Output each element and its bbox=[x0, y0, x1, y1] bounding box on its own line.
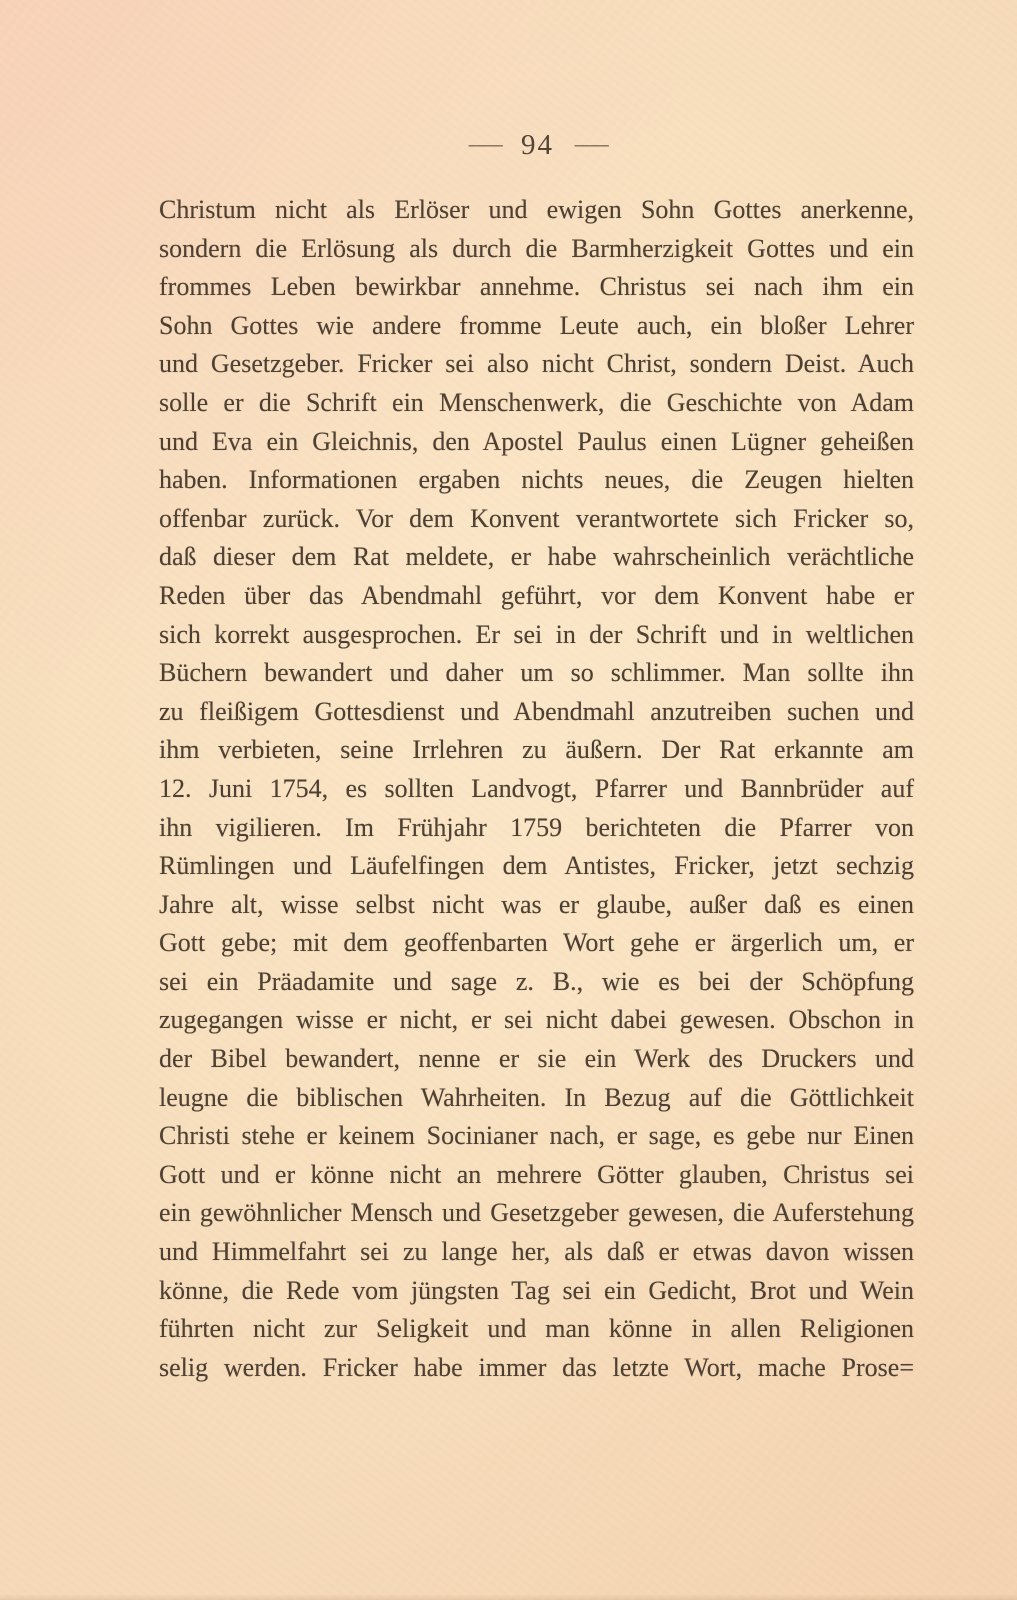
text-line: Jahre alt, wisse selbst nicht was er gla… bbox=[159, 886, 914, 925]
text-line: leugne die biblischen Wahrheiten. In Bez… bbox=[159, 1079, 914, 1118]
text-line: Christi stehe er keinem Socinianer nach,… bbox=[159, 1117, 914, 1156]
text-line: sondern die Erlösung als durch die Barmh… bbox=[159, 230, 914, 269]
text-line: und Gesetzgeber. Fricker sei also nicht … bbox=[159, 345, 914, 384]
text-line: Christum nicht als Erlöser und ewigen So… bbox=[159, 191, 914, 230]
text-line: führten nicht zur Seligkeit und man könn… bbox=[159, 1310, 914, 1349]
page-bottom-edge-shadow bbox=[0, 1594, 1017, 1600]
text-line: der Bibel bewandert, nenne er sie ein We… bbox=[159, 1040, 914, 1079]
page-header: —94— bbox=[160, 128, 915, 162]
text-line: frommes Leben bewirkbar annehme. Christu… bbox=[159, 268, 914, 307]
body-text: Christum nicht als Erlöser und ewigen So… bbox=[159, 191, 914, 1387]
text-line: haben. Informationen ergaben nichts neue… bbox=[159, 461, 914, 500]
text-line: selig werden. Fricker habe immer das let… bbox=[159, 1349, 914, 1388]
text-line: Rümlingen und Läufelfingen dem Antistes,… bbox=[159, 847, 914, 886]
header-dash-left: — bbox=[469, 128, 500, 159]
text-line: sei ein Präadamite und sage z. B., wie e… bbox=[159, 963, 914, 1002]
page-number: 94 bbox=[521, 129, 554, 161]
text-line: Reden über das Abendmahl geführt, vor de… bbox=[159, 577, 914, 616]
text-line: und Himmelfahrt sei zu lange her, als da… bbox=[159, 1233, 914, 1272]
text-line: Gott und er könne nicht an mehrere Götte… bbox=[159, 1156, 914, 1195]
text-line: solle er die Schrift ein Menschenwerk, d… bbox=[159, 384, 914, 423]
text-line: ihm verbieten, seine Irrlehren zu äußern… bbox=[159, 731, 914, 770]
text-line: daß dieser dem Rat meldete, er habe wahr… bbox=[159, 538, 914, 577]
text-line: zugegangen wisse er nicht, er sei nicht … bbox=[159, 1001, 914, 1040]
text-line: Gott gebe; mit dem geoffenbarten Wort ge… bbox=[159, 924, 914, 963]
header-dash-right: — bbox=[575, 128, 606, 159]
text-line: offenbar zurück. Vor dem Konvent verantw… bbox=[159, 500, 914, 539]
book-page: —94— Christum nicht als Erlöser und ewig… bbox=[0, 0, 1017, 1600]
text-line: Büchern bewandert und daher um so schlim… bbox=[159, 654, 914, 693]
text-line: 12. Juni 1754, es sollten Landvogt, Pfar… bbox=[159, 770, 914, 809]
text-line: ihn vigilieren. Im Frühjahr 1759 bericht… bbox=[159, 809, 914, 848]
text-line: und Eva ein Gleichnis, den Apostel Paulu… bbox=[159, 423, 914, 462]
text-line: Sohn Gottes wie andere fromme Leute auch… bbox=[159, 307, 914, 346]
text-line: zu fleißigem Gottesdienst und Abendmahl … bbox=[159, 693, 914, 732]
text-line: sich korrekt ausgesprochen. Er sei in de… bbox=[159, 616, 914, 655]
text-line: ein gewöhnlicher Mensch und Gesetzgeber … bbox=[159, 1194, 914, 1233]
text-line: könne, die Rede vom jüngsten Tag sei ein… bbox=[159, 1272, 914, 1311]
